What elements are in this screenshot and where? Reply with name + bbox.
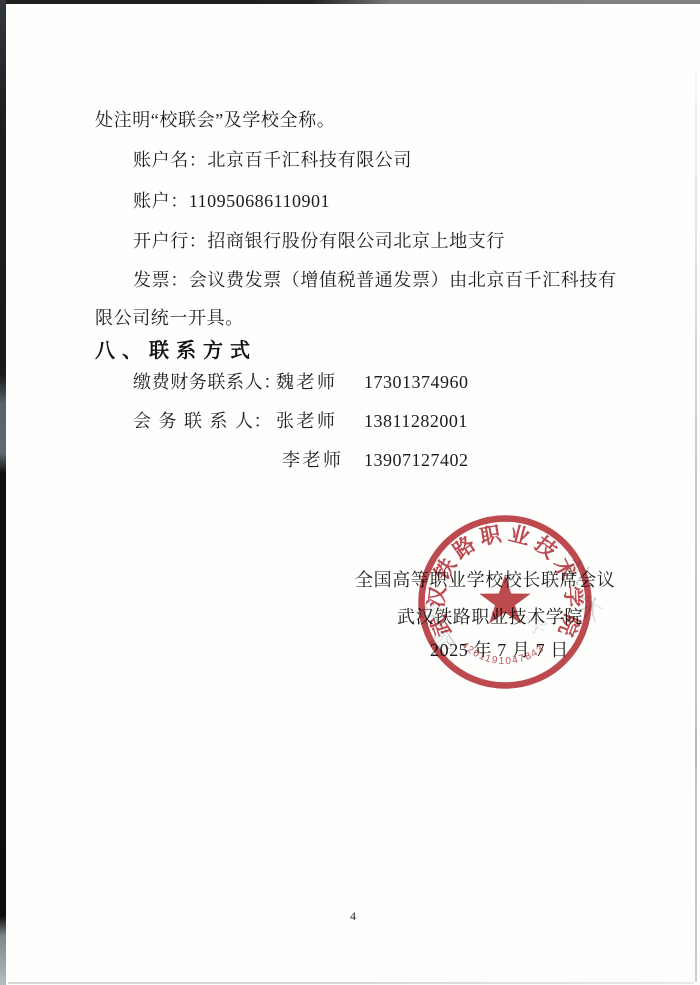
bank-line: 开户行：招商银行股份有限公司北京上地支行 <box>133 231 505 252</box>
invoice-line-1: 发票：会议费发票（增值税普通发票）由北京百千汇科技有 <box>133 270 617 291</box>
seal-star-icon <box>479 575 530 624</box>
account-number-line: 账户：110950686110901 <box>133 191 330 212</box>
contact-name: 李老师 <box>282 450 344 471</box>
contact-label: 会 务 联 系 人： <box>133 411 272 432</box>
account-number: 110950686110901 <box>189 191 330 211</box>
scan-edge-top <box>0 0 700 4</box>
account-name-line: 账户名：北京百千汇科技有限公司 <box>133 150 412 171</box>
scan-edge-right <box>695 70 697 982</box>
scan-edge-left <box>0 0 6 985</box>
contact-phone: 17301374960 <box>364 372 469 393</box>
page-number: 4 <box>350 909 356 924</box>
seal-serial-number: 4201191047843 <box>459 640 547 667</box>
contact-name: 魏老师 <box>276 372 338 393</box>
account-label: 账户： <box>133 191 189 211</box>
contact-phone: 13907127402 <box>364 450 469 471</box>
contact-name: 张老师 <box>276 411 338 432</box>
document-page: 处注明“校联会”及学校全称。 账户名：北京百千汇科技有限公司 账户：110950… <box>0 0 700 985</box>
contact-label: 缴费财务联系人： <box>133 372 282 393</box>
section-heading-contacts: 八、联系方式 <box>95 334 257 363</box>
body-closing-line: 处注明“校联会”及学校全称。 <box>95 110 335 131</box>
scan-edge-bottom <box>8 982 694 984</box>
svg-text:4201191047843: 4201191047843 <box>459 640 547 667</box>
official-seal: 武汉铁路职业技术学院 4201191047843 <box>415 512 595 692</box>
contact-phone: 13811282001 <box>364 411 468 432</box>
invoice-line-2: 限公司统一开具。 <box>95 308 244 329</box>
